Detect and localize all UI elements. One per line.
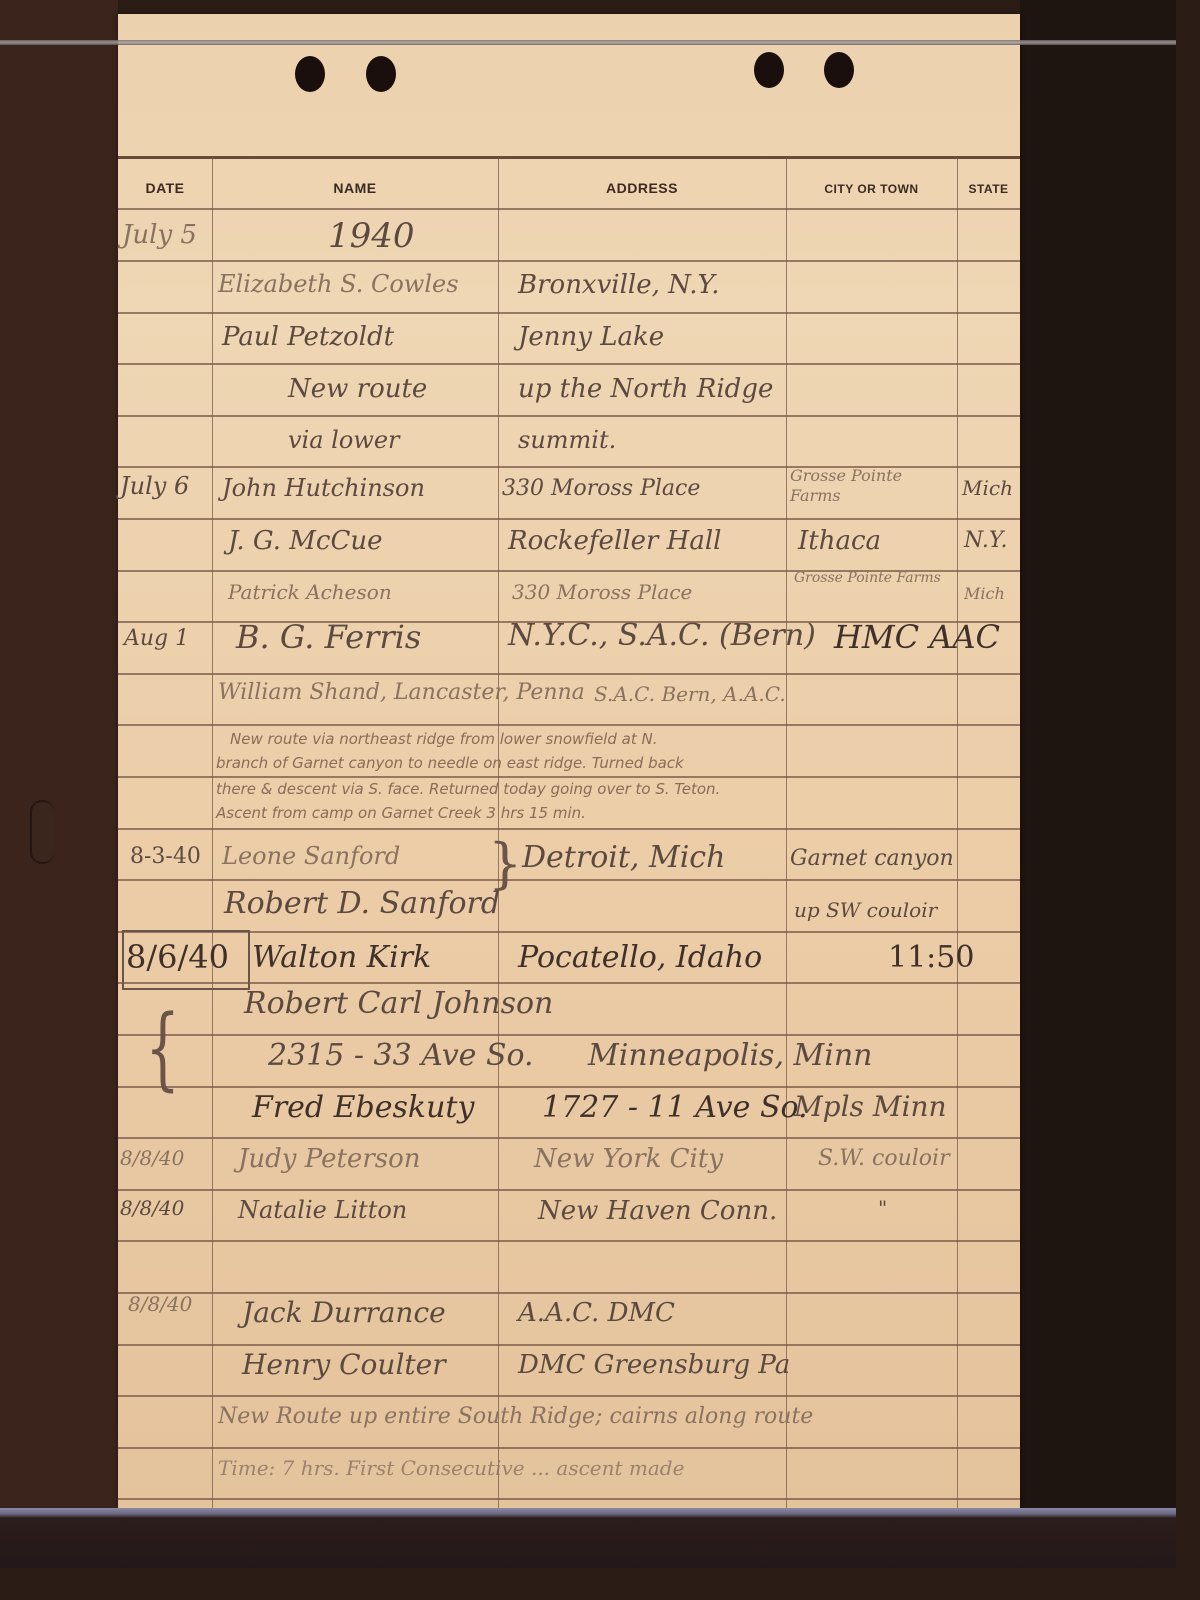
display-slot (30, 800, 54, 864)
entry-city: Mpls Minn (794, 1090, 947, 1123)
entry-name: Leone Sanford (222, 842, 400, 870)
entry-address: New Haven Conn. (538, 1196, 777, 1226)
ruled-line (118, 1086, 1020, 1088)
entry-name: Judy Peterson (238, 1144, 420, 1174)
grouping-brace: { (145, 996, 179, 1101)
header-bottom-rule (118, 208, 1020, 210)
route-note: Ascent from camp on Garnet Creek 3 hrs 1… (216, 804, 586, 822)
column-header-name: NAME (212, 180, 498, 196)
entry-club: S.A.C. Bern, A.A.C. (594, 682, 786, 706)
column-header-city: CITY OR TOWN (786, 182, 957, 196)
ruled-line (118, 260, 1020, 262)
ruled-line (118, 724, 1020, 726)
column-header-address: ADDRESS (498, 180, 786, 196)
ruled-line (118, 931, 1020, 933)
ruled-line (118, 415, 1020, 417)
ruled-line (118, 1447, 1020, 1449)
background-right (1020, 0, 1176, 1568)
route-note: up the North Ridge (518, 374, 773, 404)
ruled-line (118, 312, 1020, 314)
entry-state: N.Y. (964, 528, 1008, 553)
ruled-line (118, 1137, 1020, 1139)
punch-hole (754, 52, 784, 88)
entry-name: William Shand, Lancaster, Penna (218, 680, 585, 705)
background-left (0, 0, 118, 1568)
entry-route: up SW couloir (794, 898, 937, 922)
punch-hole (366, 56, 396, 92)
route-note: New Route up entire South Ridge; cairns … (218, 1404, 813, 1429)
entry-address: Jenny Lake (518, 322, 664, 352)
ruled-line (118, 1292, 1020, 1294)
entry-name: Fred Ebeskuty (252, 1090, 474, 1125)
route-note: via lower (288, 426, 400, 454)
entry-club: DMC Greensburg Pa (518, 1350, 790, 1380)
entry-date: 8/6/40 (126, 938, 229, 976)
entry-name: Natalie Litton (238, 1196, 407, 1224)
entry-city: Ithaca (798, 526, 881, 556)
entry-name: Walton Kirk (252, 940, 431, 975)
ruled-line (118, 1498, 1020, 1500)
ruled-line (118, 879, 1020, 881)
column-header-date: DATE (118, 180, 212, 196)
ruled-line (118, 1395, 1020, 1397)
entry-name: B. G. Ferris (236, 618, 421, 656)
ruled-line (118, 982, 1020, 984)
punch-hole (295, 56, 325, 92)
entry-date: 8/8/40 (128, 1292, 192, 1316)
ruled-line (118, 1034, 1020, 1036)
entry-name: Paul Petzoldt (222, 322, 394, 352)
entry-state: Mich (962, 476, 1013, 500)
display-wire (0, 40, 1176, 45)
entry-name: J. G. McCue (228, 526, 383, 556)
ruled-line (118, 828, 1020, 830)
entry-address: Pocatello, Idaho (518, 940, 762, 975)
route-note: Time: 7 hrs. First Consecutive ... ascen… (218, 1456, 684, 1480)
header-top-rule (118, 156, 1020, 159)
route-note: summit. (518, 426, 616, 454)
entry-date: 8-3-40 (130, 844, 201, 869)
ruled-line (118, 1240, 1020, 1242)
punch-hole (824, 52, 854, 88)
route-note: branch of Garnet canyon to needle on eas… (216, 754, 684, 772)
entry-name: Jack Durrance (242, 1296, 446, 1329)
entry-state: Mich (964, 584, 1005, 603)
entry-year: 1940 (328, 216, 415, 256)
route-note: New route via northeast ridge from lower… (230, 730, 657, 748)
entry-date: 8/8/40 (120, 1196, 184, 1220)
column-divider (957, 156, 958, 1510)
entry-name: Patrick Acheson (228, 580, 392, 604)
column-divider (212, 156, 213, 1510)
entry-time: 11:50 (888, 940, 974, 975)
entry-address: 1727 - 11 Ave So. (542, 1090, 808, 1125)
ruled-line (118, 518, 1020, 520)
entry-city: Minneapolis, Minn (588, 1038, 872, 1073)
ditto-mark: " (878, 1196, 887, 1220)
entry-name: Elizabeth S. Cowles (218, 270, 459, 298)
entry-address: New York City (534, 1144, 723, 1174)
entry-date: July 6 (120, 472, 189, 500)
entry-name: John Hutchinson (222, 474, 425, 502)
ruled-line (118, 1344, 1020, 1346)
display-ledge (0, 1508, 1176, 1568)
column-divider (786, 156, 787, 1510)
entry-address: N.Y.C., S.A.C. (Bern) (508, 618, 816, 653)
entry-city: Grosse Pointe Farms (794, 570, 954, 586)
entry-date: Aug 1 (124, 626, 189, 651)
ruled-line (118, 673, 1020, 675)
ledger-page: DATE NAME ADDRESS CITY OR TOWN STATE Jul… (118, 14, 1020, 1510)
entry-address: 330 Moross Place (512, 580, 692, 604)
entry-address: Detroit, Mich (522, 840, 725, 875)
entry-date: 8/8/40 (120, 1146, 184, 1170)
entry-address: Rockefeller Hall (508, 526, 721, 556)
ruled-line (118, 363, 1020, 365)
entry-date: July 5 (122, 220, 197, 250)
entry-name: Robert D. Sanford (224, 886, 500, 921)
entry-address: Bronxville, N.Y. (518, 270, 720, 300)
route-note: there & descent via S. face. Returned to… (216, 780, 720, 798)
column-header-state: STATE (957, 182, 1020, 196)
entry-city: Garnet canyon (790, 846, 954, 871)
entry-address: 2315 - 33 Ave So. (268, 1038, 534, 1073)
entry-name: Robert Carl Johnson (244, 986, 553, 1021)
entry-club: A.A.C. DMC (518, 1298, 675, 1328)
ledger-table: DATE NAME ADDRESS CITY OR TOWN STATE Jul… (118, 156, 1020, 1510)
ruled-line (118, 1189, 1020, 1191)
entry-club: HMC AAC (834, 618, 1000, 656)
entry-address: 330 Moross Place (502, 476, 700, 501)
entry-route: S.W. couloir (818, 1146, 950, 1171)
entry-city: Grosse Pointe Farms (790, 466, 950, 506)
route-note: New route (288, 374, 427, 404)
ruled-line (118, 776, 1020, 778)
entry-name: Henry Coulter (242, 1348, 446, 1381)
